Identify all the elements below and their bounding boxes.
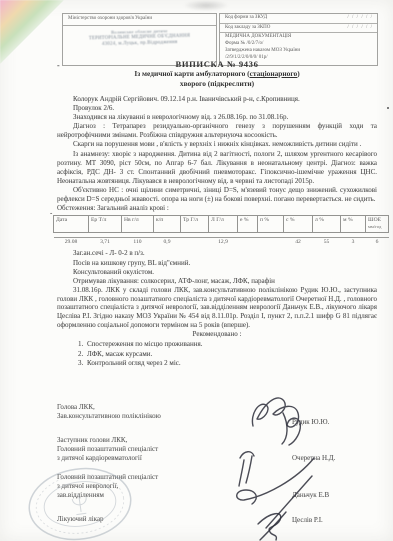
table-cell: 0,9 [154,238,181,248]
code-org-value: / / / / / / [347,25,373,32]
approved-line: Затверджена наказом МОЗ України [225,48,373,55]
recommendation-item: ЛФК, масаж курсами. [85,350,377,359]
codes-box: Код форми за ЗКУД / / / / / / Код заклад… [219,13,378,66]
oculist-line: Консультований окулістом. [57,268,377,277]
table-cell [181,238,209,248]
objective-paragraph: Об'єктивно НС : очні щілини симетричні, … [57,186,377,204]
form-number: Форма № /0/2/7/о/ [225,41,373,48]
code-org-row: Код закладу за ЗКПО / / / / / / [220,24,377,34]
ink-dot [387,107,389,109]
table-cell: 42 [284,238,313,248]
scanned-document-page: Міністерство охорони здоров'я України Во… [0,0,393,541]
table-header-cell: Ер Т/л [89,216,122,233]
table-header-cell: е % [238,216,258,233]
stay-line: Знаходився на лікуванні в неврологічному… [57,113,377,122]
table-header-cell: Л Г/л [209,216,238,233]
recommendation-item: Контрольний огляд через 2 міс. [85,359,377,368]
table-cell: 6 [366,238,389,248]
recommendations-list: Спостереження по місцю проживання. ЛФК, … [57,340,377,367]
culture-result-line: Посів на кишкову групу, BL від"ємний. [57,259,377,268]
code-org-label: Код закладу за ЗКПО [225,25,270,32]
code-form-label: Код форми за ЗКУД [225,15,267,22]
signature-title-line: з дитячої кардіоревматології [57,454,158,463]
table-header-shoe-unit: мм/год [368,224,387,230]
signature-title-line: Головний позаштатний спеціаліст [57,445,158,454]
anamnesis-paragraph: Із анамнезу: хворіє з народження. Дитина… [57,150,377,186]
urine-result-line: Заг.ан.сечі - Л- 0-2 в п/з. [57,249,377,258]
signature-title-line: Зав.консультативною поліклінікою [57,412,161,421]
recommendation-item: Спостереження по місцю проживання. [85,340,377,349]
table-header-cell: Дата [54,216,89,233]
table-cell [258,238,284,248]
recommendations-heading: Рекомендовано : [57,330,377,339]
table-header-cell: к/п [154,216,181,233]
table-data-row: 29.08 3,71 110 0,9 12,9 42 55 3 6 [54,238,389,248]
code-form-value: / / / / / / [347,15,373,22]
complaints-paragraph: Скарги на порушення мови , в'ялість у ве… [57,140,377,149]
table-header-cell: с % [284,216,313,233]
table-cell: 110 [122,238,154,248]
title-sub-underlined: стаціонарного [250,69,298,78]
handwritten-signatures-ocheretna-danchuk-tsesliv [226,428,322,541]
table-header-cell: ШОЕмм/год [366,216,389,233]
signature-titles-rudyk: Голова ЛКК, Зав.консультативною поліклін… [57,403,161,421]
patient-line: Колорук Андрій Сергійович. 09.12.14 р.н.… [57,95,377,104]
round-seal-stamp [26,464,138,541]
title-subheading: Із медичної карти амбулаторного (стаціон… [57,69,377,79]
table-header-cell: м % [341,216,366,233]
scan-corner-artifact [0,0,64,64]
title-heading: ВИПИСКА № 9436 [57,59,377,69]
institution-stamp: Волинське обласне дитяче територіальне м… [63,24,217,52]
exam-line: Обстеження: Загальний аналіз крові : [57,204,377,213]
address-line: Провулок 2/6. [57,104,377,113]
table-header-cell: Нв г/л [122,216,154,233]
pen-dash-mark: - [50,209,52,217]
table-header-cell: л % [313,216,341,233]
signature-titles-ocheretna: Заступник голови ЛКК, Головний позаштатн… [57,436,158,464]
table-header-row: Дата Ер Т/л Нв г/л к/п Тр Г/л Л Г/л е % … [54,216,389,233]
table-header-cell: п % [258,216,284,233]
code-form-row: Код форми за ЗКУД / / / / / / [220,14,377,24]
table-cell: 3 [341,238,366,248]
title-sub-prefix: Із медичної карти амбулаторного ( [134,69,249,78]
blood-test-table: Дата Ер Т/л Нв г/л к/п Тр Г/л Л Г/л е % … [53,215,389,247]
diagnosis-paragraph: Діагноз : Тетрапарез резидуально-органіч… [57,122,377,140]
table-cell: 55 [313,238,341,248]
signature-title-line: Голова ЛКК, [57,403,161,412]
med-doc-title: МЕДИЧНА ДОКУМЕНТАЦІЯ [225,34,373,41]
ministry-box: Міністерство охорони здоров'я України Во… [62,13,217,66]
form-header: Міністерство охорони здоров'я України Во… [62,13,378,66]
table-cell [238,238,258,248]
table-cell: 12,9 [209,238,238,248]
table-cell: 29.08 [54,238,89,248]
title-subheading2: хворого (підкреслити) [57,79,377,89]
document-body: Колорук Андрій Сергійович. 09.12.14 р.н.… [57,95,377,368]
title-sub-suffix: ) [297,69,299,78]
signature-title-line: Заступник голови ЛКК, [57,436,158,445]
document-title: ВИПИСКА № 9436 Із медичної карти амбулат… [57,59,377,89]
table-header-cell: Тр Г/л [181,216,209,233]
scan-smudge [183,0,229,11]
lkk-paragraph: 31.08.16р. ЛКК у складі голови ЛКК, зав.… [57,286,377,330]
table-cell: 3,71 [89,238,122,248]
treatment-line: Отримував лікування: солкосерил, АТФ-лон… [57,277,377,286]
